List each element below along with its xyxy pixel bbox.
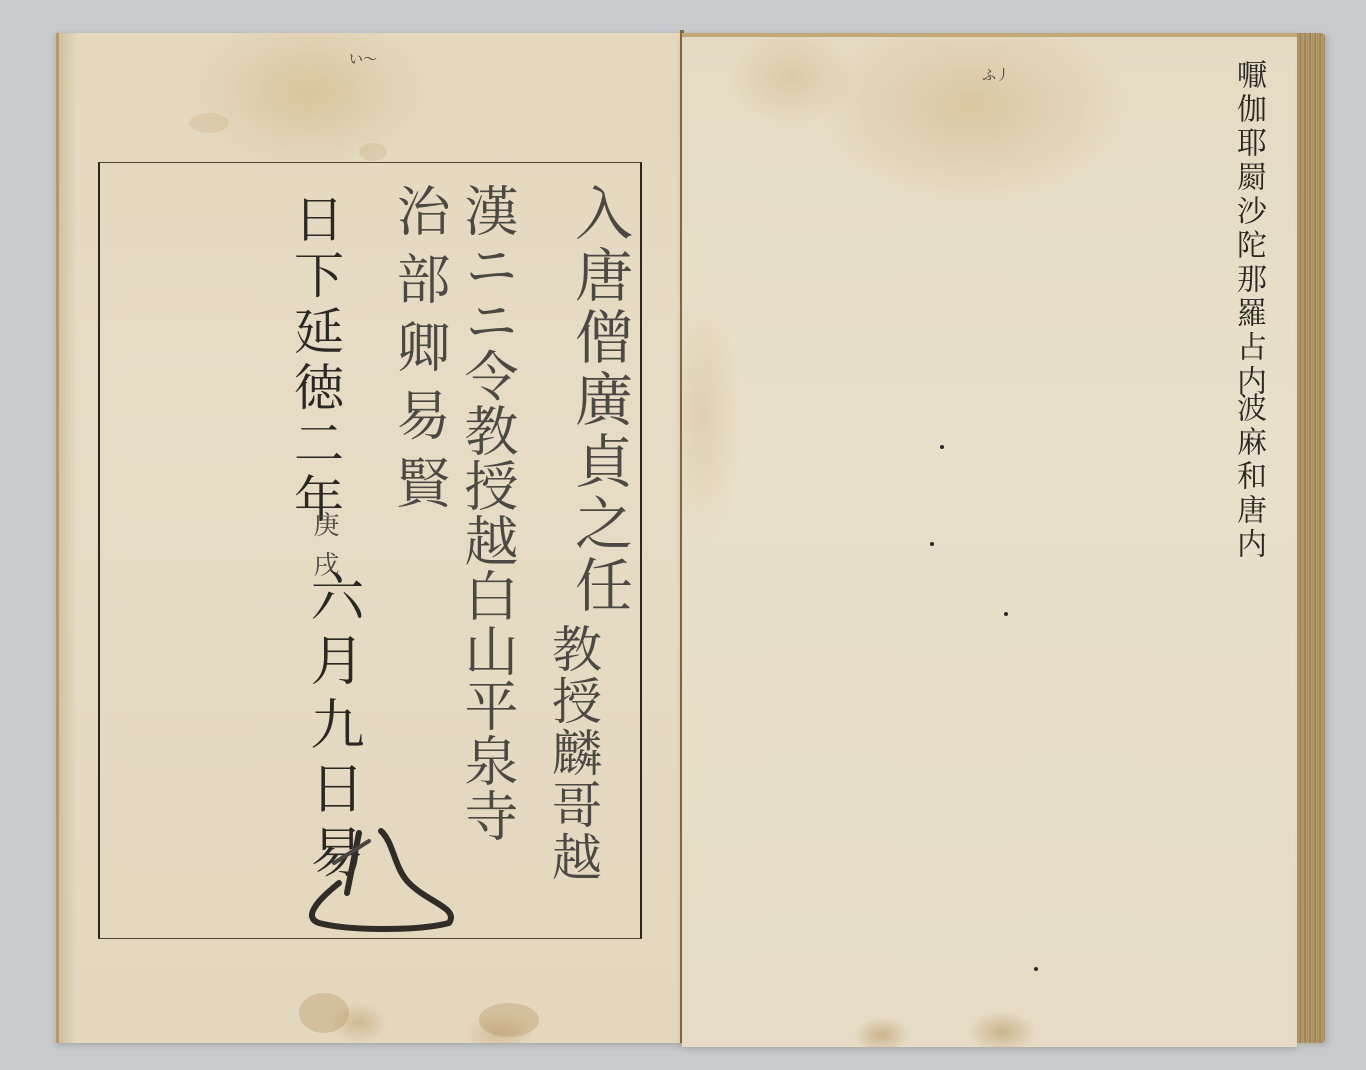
- left-column-3-text: 治部卿易賢: [388, 183, 451, 523]
- water-stain: [479, 1003, 539, 1037]
- water-stain: [359, 143, 387, 161]
- left-top-margin-note: い〜: [349, 49, 377, 69]
- right-column-1-text: 嚈伽耶罽沙陀那羅占内: [1231, 59, 1266, 399]
- right-column-1-continuation-text: 波麻和唐内: [1231, 392, 1266, 562]
- left-column-1-continuation-text: 教授麟哥越: [544, 623, 602, 883]
- water-stain: [189, 113, 229, 133]
- page-edge-stack: [1297, 33, 1325, 1043]
- left-column-1: 入唐僧廣貞之任: [567, 183, 631, 617]
- left-column-2: 漢ニニ令教授越白山平泉寺: [457, 183, 517, 843]
- left-column-1-text: 入唐僧廣貞之任: [565, 183, 633, 617]
- left-column-2-text: 漢ニニ令教授越白山平泉寺: [456, 183, 519, 843]
- book-spread: い〜 入唐僧廣貞之任 教授麟哥越 漢ニニ令教授越白山平泉寺 治部卿易賢 日下延徳…: [0, 0, 1366, 1070]
- left-column-4: 日下延徳二年: [287, 193, 343, 529]
- ink-speck: [940, 445, 944, 449]
- signature-kao-mark: 花押: [299, 823, 474, 933]
- left-page: い〜 入唐僧廣貞之任 教授麟哥越 漢ニニ令教授越白山平泉寺 治部卿易賢 日下延徳…: [56, 33, 685, 1043]
- right-page: ふ丿 嚈伽耶罽沙陀那羅占内 波麻和唐内: [682, 33, 1297, 1047]
- right-column-1: 嚈伽耶罽沙陀那羅占内: [1230, 59, 1266, 399]
- left-column-3: 治部卿易賢: [389, 183, 449, 523]
- left-column-1-continuation: 教授麟哥越: [545, 623, 601, 883]
- right-column-1-continuation: 波麻和唐内: [1230, 392, 1266, 562]
- right-top-margin-note: ふ丿: [982, 65, 1010, 85]
- left-column-4-text: 日下延徳二年: [286, 193, 344, 529]
- ink-speck: [1034, 967, 1038, 971]
- ink-speck: [1004, 612, 1008, 616]
- ink-speck: [930, 542, 934, 546]
- water-stain: [299, 993, 349, 1033]
